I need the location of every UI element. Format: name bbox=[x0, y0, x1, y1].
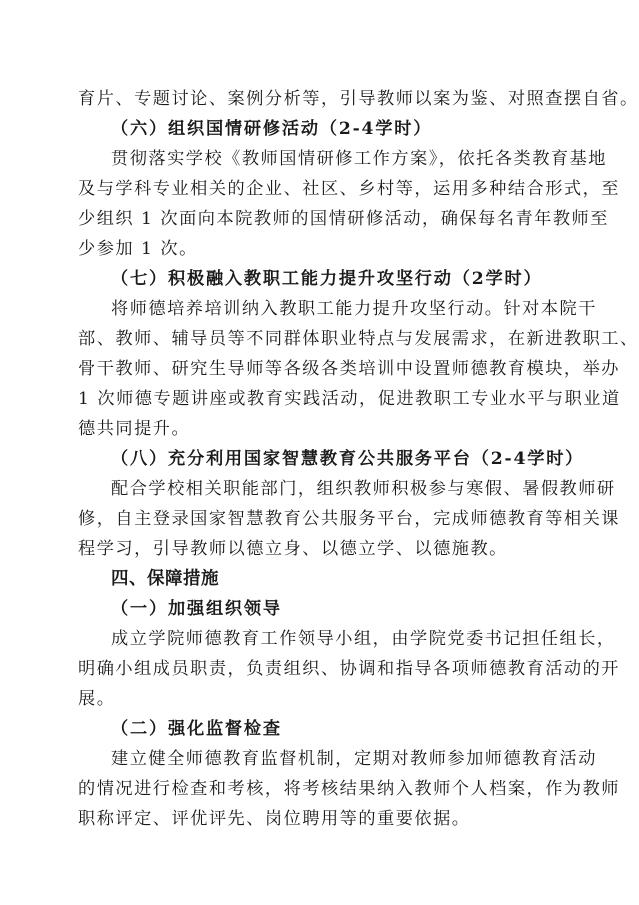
section-heading-4-safeguards: 四、保障措施 bbox=[111, 564, 219, 594]
subheading-7-staff-ability: （七）积极融入教职工能力提升攻坚行动（2学时） bbox=[111, 264, 543, 294]
paragraph-line: 展。 bbox=[78, 684, 568, 714]
subheading-1-leadership: （一）加强组织领导 bbox=[111, 594, 282, 624]
paragraph-line: 将师德培养培训纳入教职工能力提升攻坚行动。针对本院干 bbox=[111, 294, 568, 324]
paragraph-line: 少参加 1 次。 bbox=[78, 234, 568, 264]
paragraph-line: 建立健全师德教育监督机制，定期对教师参加师德教育活动 bbox=[111, 744, 568, 774]
paragraph-line: 的情况进行检查和考核，将考核结果纳入教师个人档案，作为教师 bbox=[78, 774, 568, 804]
paragraph-line: 部、教师、辅导员等不同群体职业特点与发展需求，在新进教职工、 bbox=[78, 324, 568, 354]
subheading-6-national-study: （六）组织国情研修活动（2-4学时） bbox=[111, 114, 432, 144]
paragraph-line: 德共同提升。 bbox=[78, 414, 568, 444]
paragraph-line: 骨干教师、研究生导师等各级各类培训中设置师德教育模块，举办 bbox=[78, 354, 568, 384]
subheading-2-supervision: （二）强化监督检查 bbox=[111, 714, 282, 744]
paragraph-line: 1 次师德专题讲座或教育实践活动，促进教职工专业水平与职业道 bbox=[78, 384, 568, 414]
document-page: 育片、专题讨论、案例分析等，引导教师以案为鉴、对照查摆自省。 （六）组织国情研修… bbox=[0, 0, 639, 905]
paragraph-line: 贯彻落实学校《教师国情研修工作方案》，依托各类教育基地 bbox=[111, 144, 568, 174]
paragraph-line: 少组织 1 次面向本院教师的国情研修活动，确保每名青年教师至 bbox=[78, 204, 568, 234]
paragraph-line: 职称评定、评优评先、岗位聘用等的重要依据。 bbox=[78, 804, 568, 834]
paragraph-line: 明确小组成员职责，负责组织、协调和指导各项师德教育活动的开 bbox=[78, 654, 568, 684]
subheading-8-smart-education-platform: （八）充分利用国家智慧教育公共服务平台（2-4学时） bbox=[111, 444, 584, 474]
paragraph-line: 成立学院师德教育工作领导小组，由学院党委书记担任组长， bbox=[111, 624, 568, 654]
paragraph-line: 修，自主登录国家智慧教育公共服务平台，完成师德教育等相关课 bbox=[78, 504, 568, 534]
paragraph-line: 程学习，引导教师以德立身、以德立学、以德施教。 bbox=[78, 534, 568, 564]
body-line-continuation: 育片、专题讨论、案例分析等，引导教师以案为鉴、对照查摆自省。 bbox=[78, 84, 568, 114]
paragraph-line: 及与学科专业相关的企业、社区、乡村等，运用多种结合形式，至 bbox=[78, 174, 568, 204]
paragraph-line: 配合学校相关职能部门，组织教师积极参与寒假、暑假教师研 bbox=[111, 474, 568, 504]
